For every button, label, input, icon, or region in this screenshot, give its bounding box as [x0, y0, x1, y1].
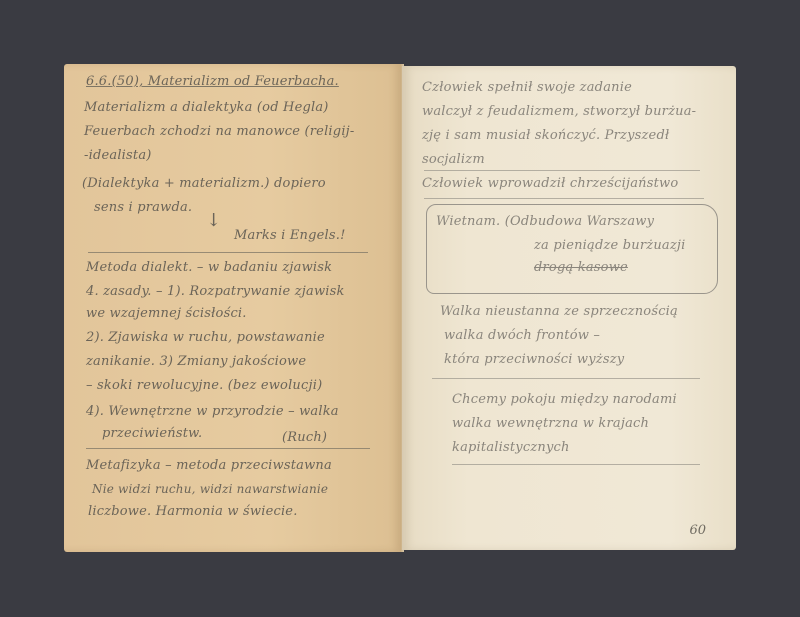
- note-line: Materializm a dialektyka (od Hegla): [84, 100, 329, 115]
- note-line: drogą kasowe: [534, 260, 628, 275]
- divider-line: [86, 448, 370, 449]
- note-line: przeciwieństw.: [102, 426, 202, 441]
- note-line: liczbowe. Harmonia w świecie.: [88, 504, 298, 519]
- note-line: – skoki rewolucyjne. (bez ewolucji): [86, 378, 322, 393]
- page-number: 60: [689, 523, 706, 538]
- note-line: (Dialektyka + materializm.) dopiero: [82, 176, 326, 191]
- note-line: Metafizyka – metoda przeciwstawna: [86, 458, 332, 473]
- divider-line: [432, 378, 700, 379]
- note-line: zję i sam musiał skończyć. Przyszedł: [422, 128, 669, 143]
- note-line: która przeciwności wyższy: [444, 352, 624, 367]
- note-line: zanikanie. 3) Zmiany jakościowe: [86, 354, 306, 369]
- date-text: 6.6.(50), Materializm od Feuerbacha.: [86, 74, 339, 89]
- note-line: (Ruch): [282, 430, 327, 445]
- note-line: Feuerbach zchodzi na manowce (religij-: [84, 124, 355, 139]
- note-line: Marks i Engels.!: [234, 228, 346, 243]
- note-line: Człowiek wprowadził chrześcijaństwo: [422, 176, 678, 191]
- note-line: 6.6.(50), Materializm od Feuerbacha.: [86, 74, 339, 89]
- note-line: za pieniądze burżuazji: [534, 238, 686, 253]
- note-line: Walka nieustanna ze sprzecznością: [440, 304, 678, 319]
- note-line: Wietnam. (Odbudowa Warszawy: [436, 214, 654, 229]
- note-line: 4. zasady. – 1). Rozpatrywanie zjawisk: [86, 284, 345, 299]
- note-line: Człowiek spełnił swoje zadanie: [422, 80, 632, 95]
- note-line: we wzajemnej ścisłości.: [86, 306, 247, 321]
- divider-line: [424, 198, 704, 199]
- note-line: socjalizm: [422, 152, 485, 167]
- note-line: walczył z feudalizmem, stworzył burżua-: [422, 104, 696, 119]
- down-arrow-icon: ↓: [206, 210, 221, 231]
- note-line: 2). Zjawiska w ruchu, powstawanie: [86, 330, 325, 345]
- right-page: Człowiek spełnił swoje zadanie walczył z…: [402, 66, 736, 550]
- left-page: 6.6.(50), Materializm od Feuerbacha. Mat…: [64, 64, 402, 552]
- note-line: kapitalistycznych: [452, 440, 570, 455]
- note-line: Nie widzi ruchu, widzi nawarstwianie: [92, 482, 328, 496]
- note-line: Metoda dialekt. – w badaniu zjawisk: [86, 260, 332, 275]
- note-line: -idealista): [84, 148, 152, 163]
- notebook-spread: 6.6.(50), Materializm od Feuerbacha. Mat…: [64, 64, 736, 552]
- divider-line: [452, 464, 700, 465]
- divider-line: [424, 170, 700, 171]
- note-line: walka wewnętrzna w krajach: [452, 416, 649, 431]
- note-line: sens i prawda.: [94, 200, 192, 215]
- note-line: Chcemy pokoju między narodami: [452, 392, 677, 407]
- note-line: 4). Wewnętrzne w przyrodzie – walka: [86, 404, 339, 419]
- divider-line: [88, 252, 368, 253]
- note-line: walka dwóch frontów –: [444, 328, 600, 343]
